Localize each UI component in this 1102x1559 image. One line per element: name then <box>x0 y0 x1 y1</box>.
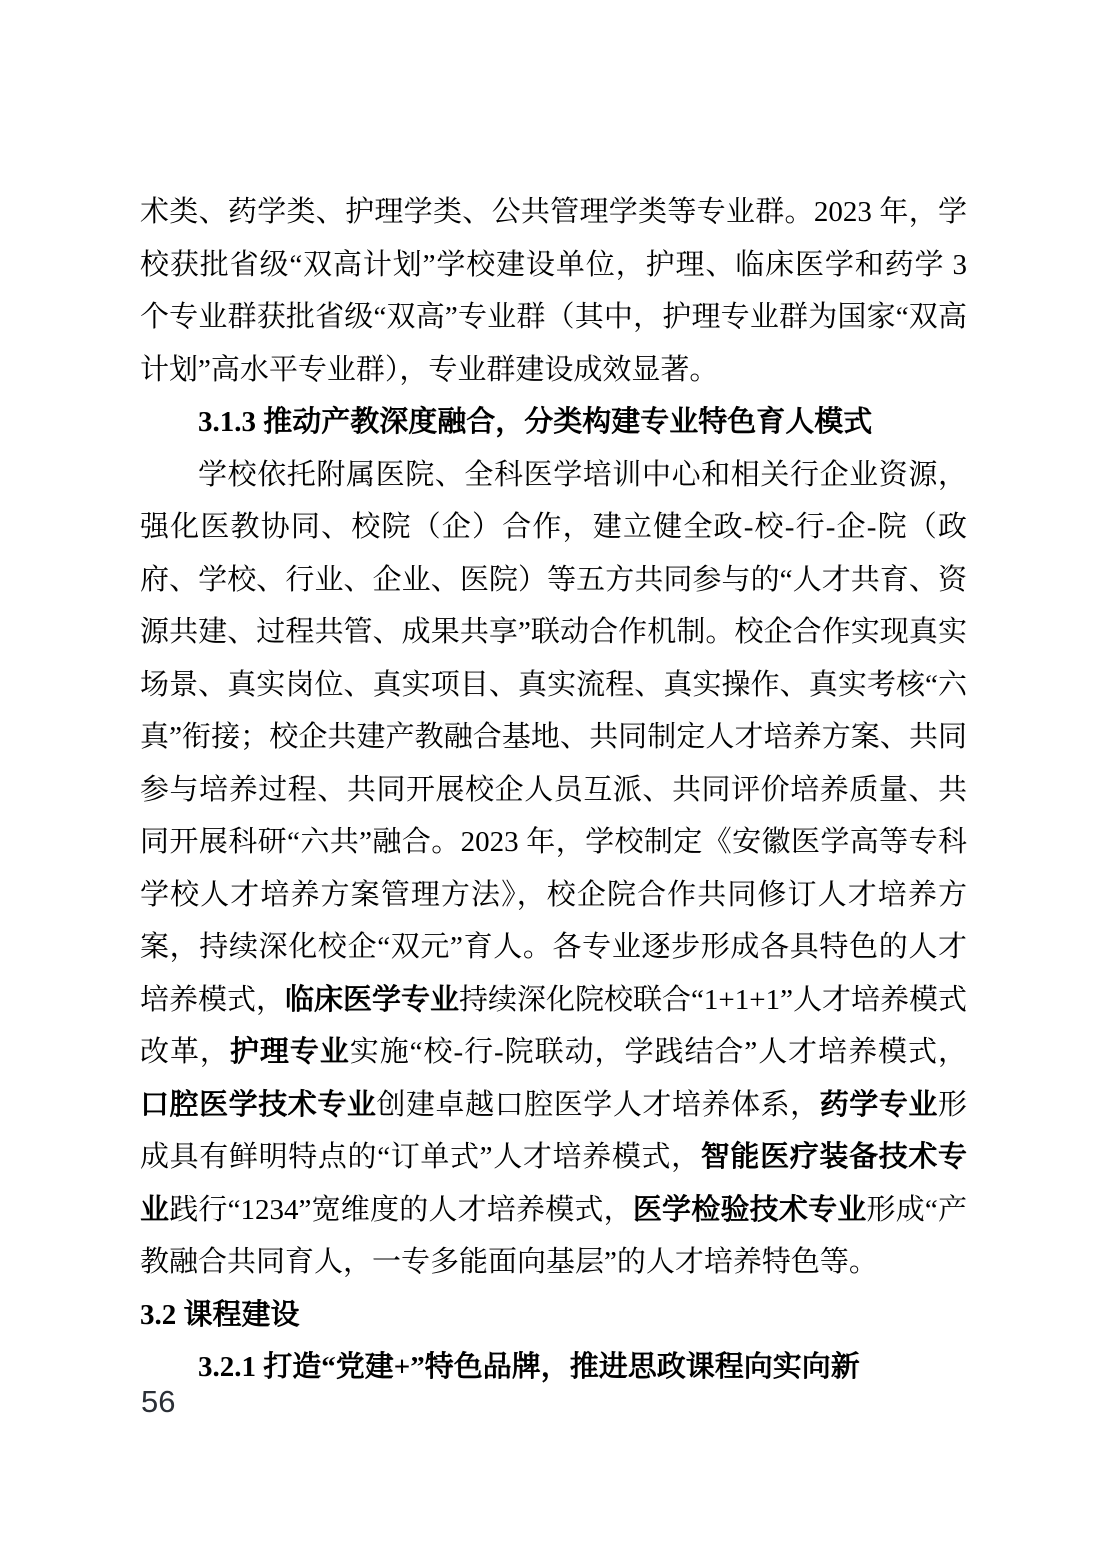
document-page: 术类、药学类、护理学类、公共管理学类等专业群。2023 年，学校获批省级“双高计… <box>0 0 1102 1559</box>
section-heading-3-2-1: 3.2.1 打造“党建+”特色品牌，推进思政课程向实向新 <box>140 1341 967 1394</box>
bold-term-nursing: 护理专业 <box>230 1036 350 1068</box>
section-heading-3-2: 3.2 课程建设 <box>140 1289 967 1342</box>
paragraph-run: 创建卓越口腔医学人才培养体系， <box>376 1089 819 1121</box>
bold-term-medical-laboratory: 医学检验技术专业 <box>633 1194 867 1226</box>
paragraph-run: 学校依托附属医院、全科医学培训中心和相关行企业资源，强化医教协同、校院（企）合作… <box>140 459 967 1016</box>
paragraph-continuation: 术类、药学类、护理学类、公共管理学类等专业群。2023 年，学校获批省级“双高计… <box>140 186 967 396</box>
bold-term-clinical-medicine: 临床医学专业 <box>285 984 459 1016</box>
bold-term-pharmacy: 药学专业 <box>820 1089 938 1121</box>
section-heading-3-1-3: 3.1.3 推动产教深度融合，分类构建专业特色育人模式 <box>140 396 967 449</box>
page-number: 56 <box>141 1384 175 1420</box>
paragraph-industry-education: 学校依托附属医院、全科医学培训中心和相关行企业资源，强化医教协同、校院（企）合作… <box>140 449 967 1289</box>
bold-term-dental-technology: 口腔医学技术专业 <box>140 1089 376 1121</box>
page-content: 术类、药学类、护理学类、公共管理学类等专业群。2023 年，学校获批省级“双高计… <box>140 186 967 1394</box>
paragraph-run: 实施“校-行-院联动，学践结合”人才培养模式， <box>350 1036 967 1068</box>
paragraph-run: 践行“1234”宽维度的人才培养模式， <box>169 1194 633 1226</box>
